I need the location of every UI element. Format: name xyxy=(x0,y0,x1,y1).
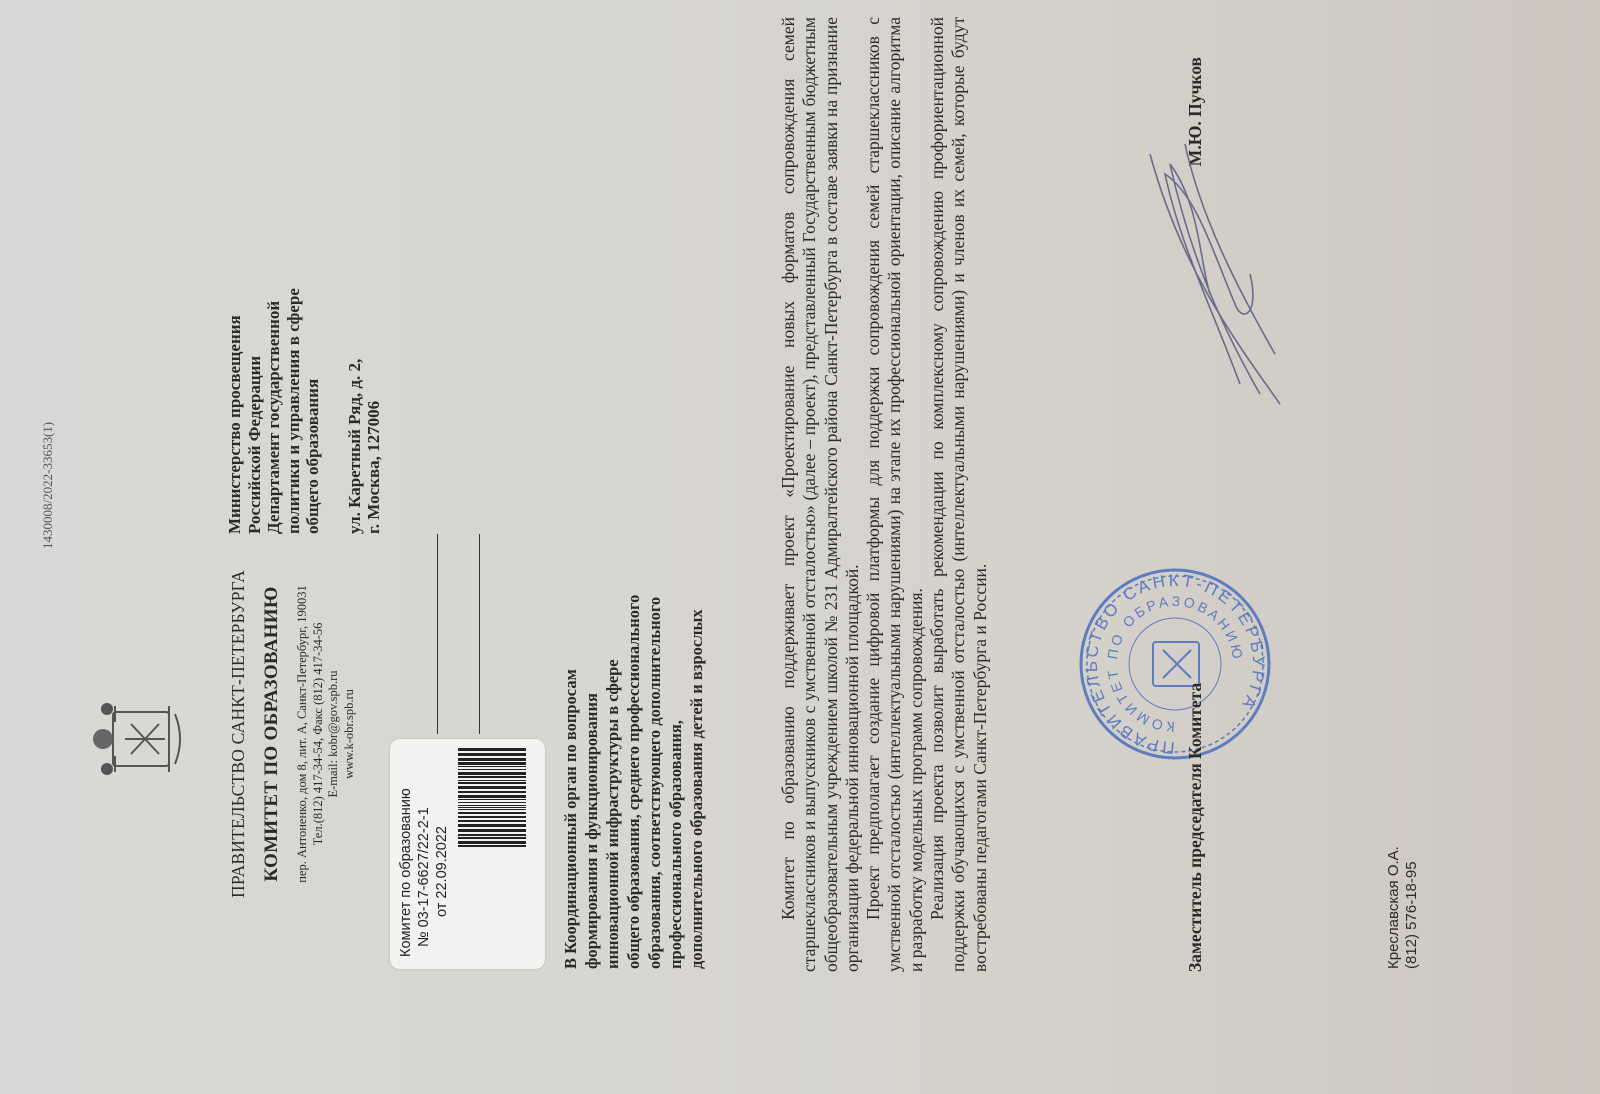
subject-line: формирования и функционирования xyxy=(581,499,602,969)
body-paragraph: Реализация проекта позволит выработать р… xyxy=(927,17,991,972)
signer-position: Заместитель председателя Комитета xyxy=(1185,683,1205,972)
website-line: www.k-obr.spb.ru xyxy=(342,494,358,974)
recipient-address-line: ул. Каретный Ряд, д. 2, xyxy=(345,194,365,534)
recipient-line: Российской Федерации xyxy=(245,194,265,534)
handwritten-signature-icon xyxy=(1140,134,1290,414)
recipient-address: ул. Каретный Ряд, д. 2, г. Москва, 12700… xyxy=(345,194,384,534)
recipient-address-line: г. Москва, 127006 xyxy=(364,194,384,534)
recipient-line: политики и управления в сфере xyxy=(284,194,304,534)
sender-header: ПРАВИТЕЛЬСТВО САНКТ-ПЕТЕРБУРГА КОМИТЕТ П… xyxy=(228,494,357,974)
subject-line: инновационной инфраструктуры в сфере xyxy=(602,499,623,969)
recipient-line: Департамент государственной xyxy=(264,194,284,534)
svg-text:КОМИТЕТ ПО ОБРАЗОВАНИЮ: КОМИТЕТ ПО ОБРАЗОВАНИЮ xyxy=(1104,593,1246,735)
sticker-date: от 22.09.2022 xyxy=(434,826,450,917)
committee-title: КОМИТЕТ ПО ОБРАЗОВАНИЮ xyxy=(261,494,283,974)
official-stamp-icon: ПРАВИТЕЛЬСТВО САНКТ-ПЕТЕРБУРГА КОМИТЕТ П… xyxy=(1075,564,1275,764)
spb-coat-of-arms-icon xyxy=(85,684,195,794)
body-paragraph: Проект предполагает создание цифровой пл… xyxy=(863,17,927,972)
executor-phone: (812) 576-18-95 xyxy=(1403,846,1421,969)
letter-subject: В Координационный орган по вопросам форм… xyxy=(560,499,707,969)
subject-line: дополнительного образования детей и взро… xyxy=(686,499,707,969)
subject-line: профессионального образования, xyxy=(665,499,686,969)
letter-body: Комитет по образованию поддерживает прое… xyxy=(778,17,991,972)
recipient-block: Министерство просвещения Российской Феде… xyxy=(225,194,384,534)
recipient-line: общего образования xyxy=(303,194,323,534)
executor-name: Креславская О.А. xyxy=(1385,846,1403,969)
subject-line: В Координационный орган по вопросам xyxy=(560,499,581,969)
sticker-number: № 03-17-6627/22-2-1 xyxy=(416,807,432,947)
document-photo: 1430008/2022-33653(1) ПРАВИТЕЛЬСТВО САНК… xyxy=(0,0,1600,1094)
sender-address: пер. Антоненко, дом 8, лит. А, Санкт-Пет… xyxy=(295,494,357,974)
registration-sticker: Комитет по образованию № 03-17-6627/22-2… xyxy=(390,739,545,969)
email-line: E-mail: kobr@gov.spb.ru xyxy=(326,494,342,974)
barcode-icon xyxy=(458,744,526,849)
government-title: ПРАВИТЕЛЬСТВО САНКТ-ПЕТЕРБУРГА xyxy=(228,494,249,974)
phone-line: Тел.(812) 417-34-54, Факс (812) 417-34-5… xyxy=(311,494,327,974)
letter-page: 1430008/2022-33653(1) ПРАВИТЕЛЬСТВО САНК… xyxy=(0,0,1600,1094)
date-line xyxy=(437,534,438,734)
body-paragraph: Комитет по образованию поддерживает прое… xyxy=(778,17,863,972)
subject-line: образования, соответствующего дополнител… xyxy=(644,499,665,969)
sticker-org: Комитет по образованию xyxy=(398,788,414,957)
subject-line: общего образования, среднего профессиона… xyxy=(623,499,644,969)
number-line xyxy=(479,534,480,734)
registration-number: 1430008/2022-33653(1) xyxy=(40,422,56,549)
address-line: пер. Антоненко, дом 8, лит. А, Санкт-Пет… xyxy=(295,494,311,974)
recipient-line: Министерство просвещения xyxy=(225,194,245,534)
executor-info: Креславская О.А. (812) 576-18-95 xyxy=(1385,846,1421,969)
